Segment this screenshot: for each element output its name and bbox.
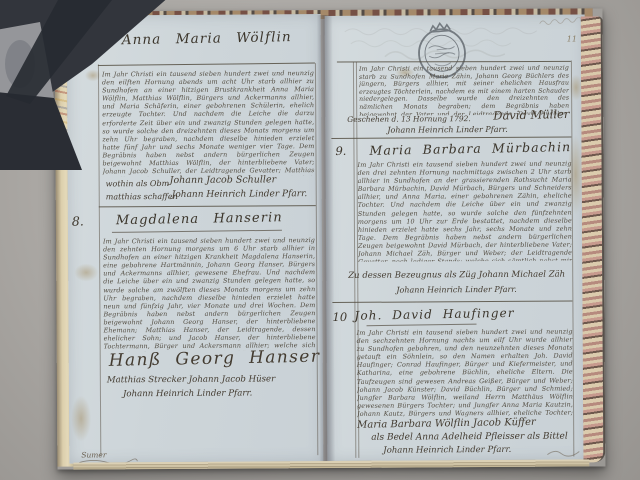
signature-line: Maria Barbara Wölflin Jacob Küffer (357, 417, 536, 431)
page-number: 11 (567, 34, 577, 43)
marbled-fore-edge (581, 16, 606, 462)
signature-line: als Bedel Anna Adelheid Pfleisser als Bi… (371, 432, 568, 443)
faint-annotation-icon (539, 17, 581, 27)
entry-title: Magdalena Hanserin (116, 210, 280, 228)
signature-line: Matthias Strecker Johann Jacob Hüser (107, 374, 275, 385)
signature-line: Johann Jacob Schuller (170, 174, 277, 186)
signature-large: David Müller (493, 107, 569, 123)
witness-line: Zu dessen Bezeugnus als Züg Johann Micha… (348, 270, 565, 281)
right-page: 11 (325, 14, 588, 462)
entry-title: Joh. David Haufinger (354, 306, 504, 323)
signature-line: Johann Heinrich Linder Pfarr. (123, 388, 252, 399)
entry-number: 8. (72, 214, 84, 229)
signature-line: Johann Heinrich Linder Pfarr. (383, 445, 511, 456)
corner-flourish-icon (545, 448, 581, 458)
signature-line: wothin als Obm (106, 179, 170, 188)
entry-divider-rule (332, 301, 572, 304)
signature-line: Johann Heinrich Linder Pfarr. (387, 125, 508, 135)
entry-title: Maria Barbara Mürbachin (369, 140, 545, 158)
signature-large: Hanß Georg Hanser (109, 347, 321, 371)
header-rule (112, 230, 282, 233)
entry-divider-rule (99, 205, 316, 208)
entry-number: 9. (335, 144, 346, 158)
archival-scan-scene: 7. Anna Maria Wölflin Im Jahr Christi ei… (0, 0, 640, 480)
book-gutter-shadow (317, 15, 336, 461)
dark-corner-overlay-icon (0, 0, 205, 170)
entry-body: Im Jahr Christi ein tausend sieben hunde… (357, 328, 574, 418)
header-rule (367, 324, 477, 327)
signature-line: Johann Heinrich Linder Pfarr. (172, 189, 308, 200)
paper-stain (74, 263, 98, 281)
date-line: Geschehen d. 13 Hornung 1792. (347, 114, 471, 124)
witness-line: Johann Heinrich Linder Pfarr. (396, 285, 517, 295)
entry-number: 10 (332, 310, 347, 324)
paper-stain (71, 395, 91, 441)
entry-body: Im Jahr Christi ein tausend sieben hunde… (103, 236, 316, 351)
signature-line: matthias schaffen (106, 192, 178, 201)
entry-body: Im Jahr Christi ein tausend sieben hunde… (358, 160, 573, 262)
